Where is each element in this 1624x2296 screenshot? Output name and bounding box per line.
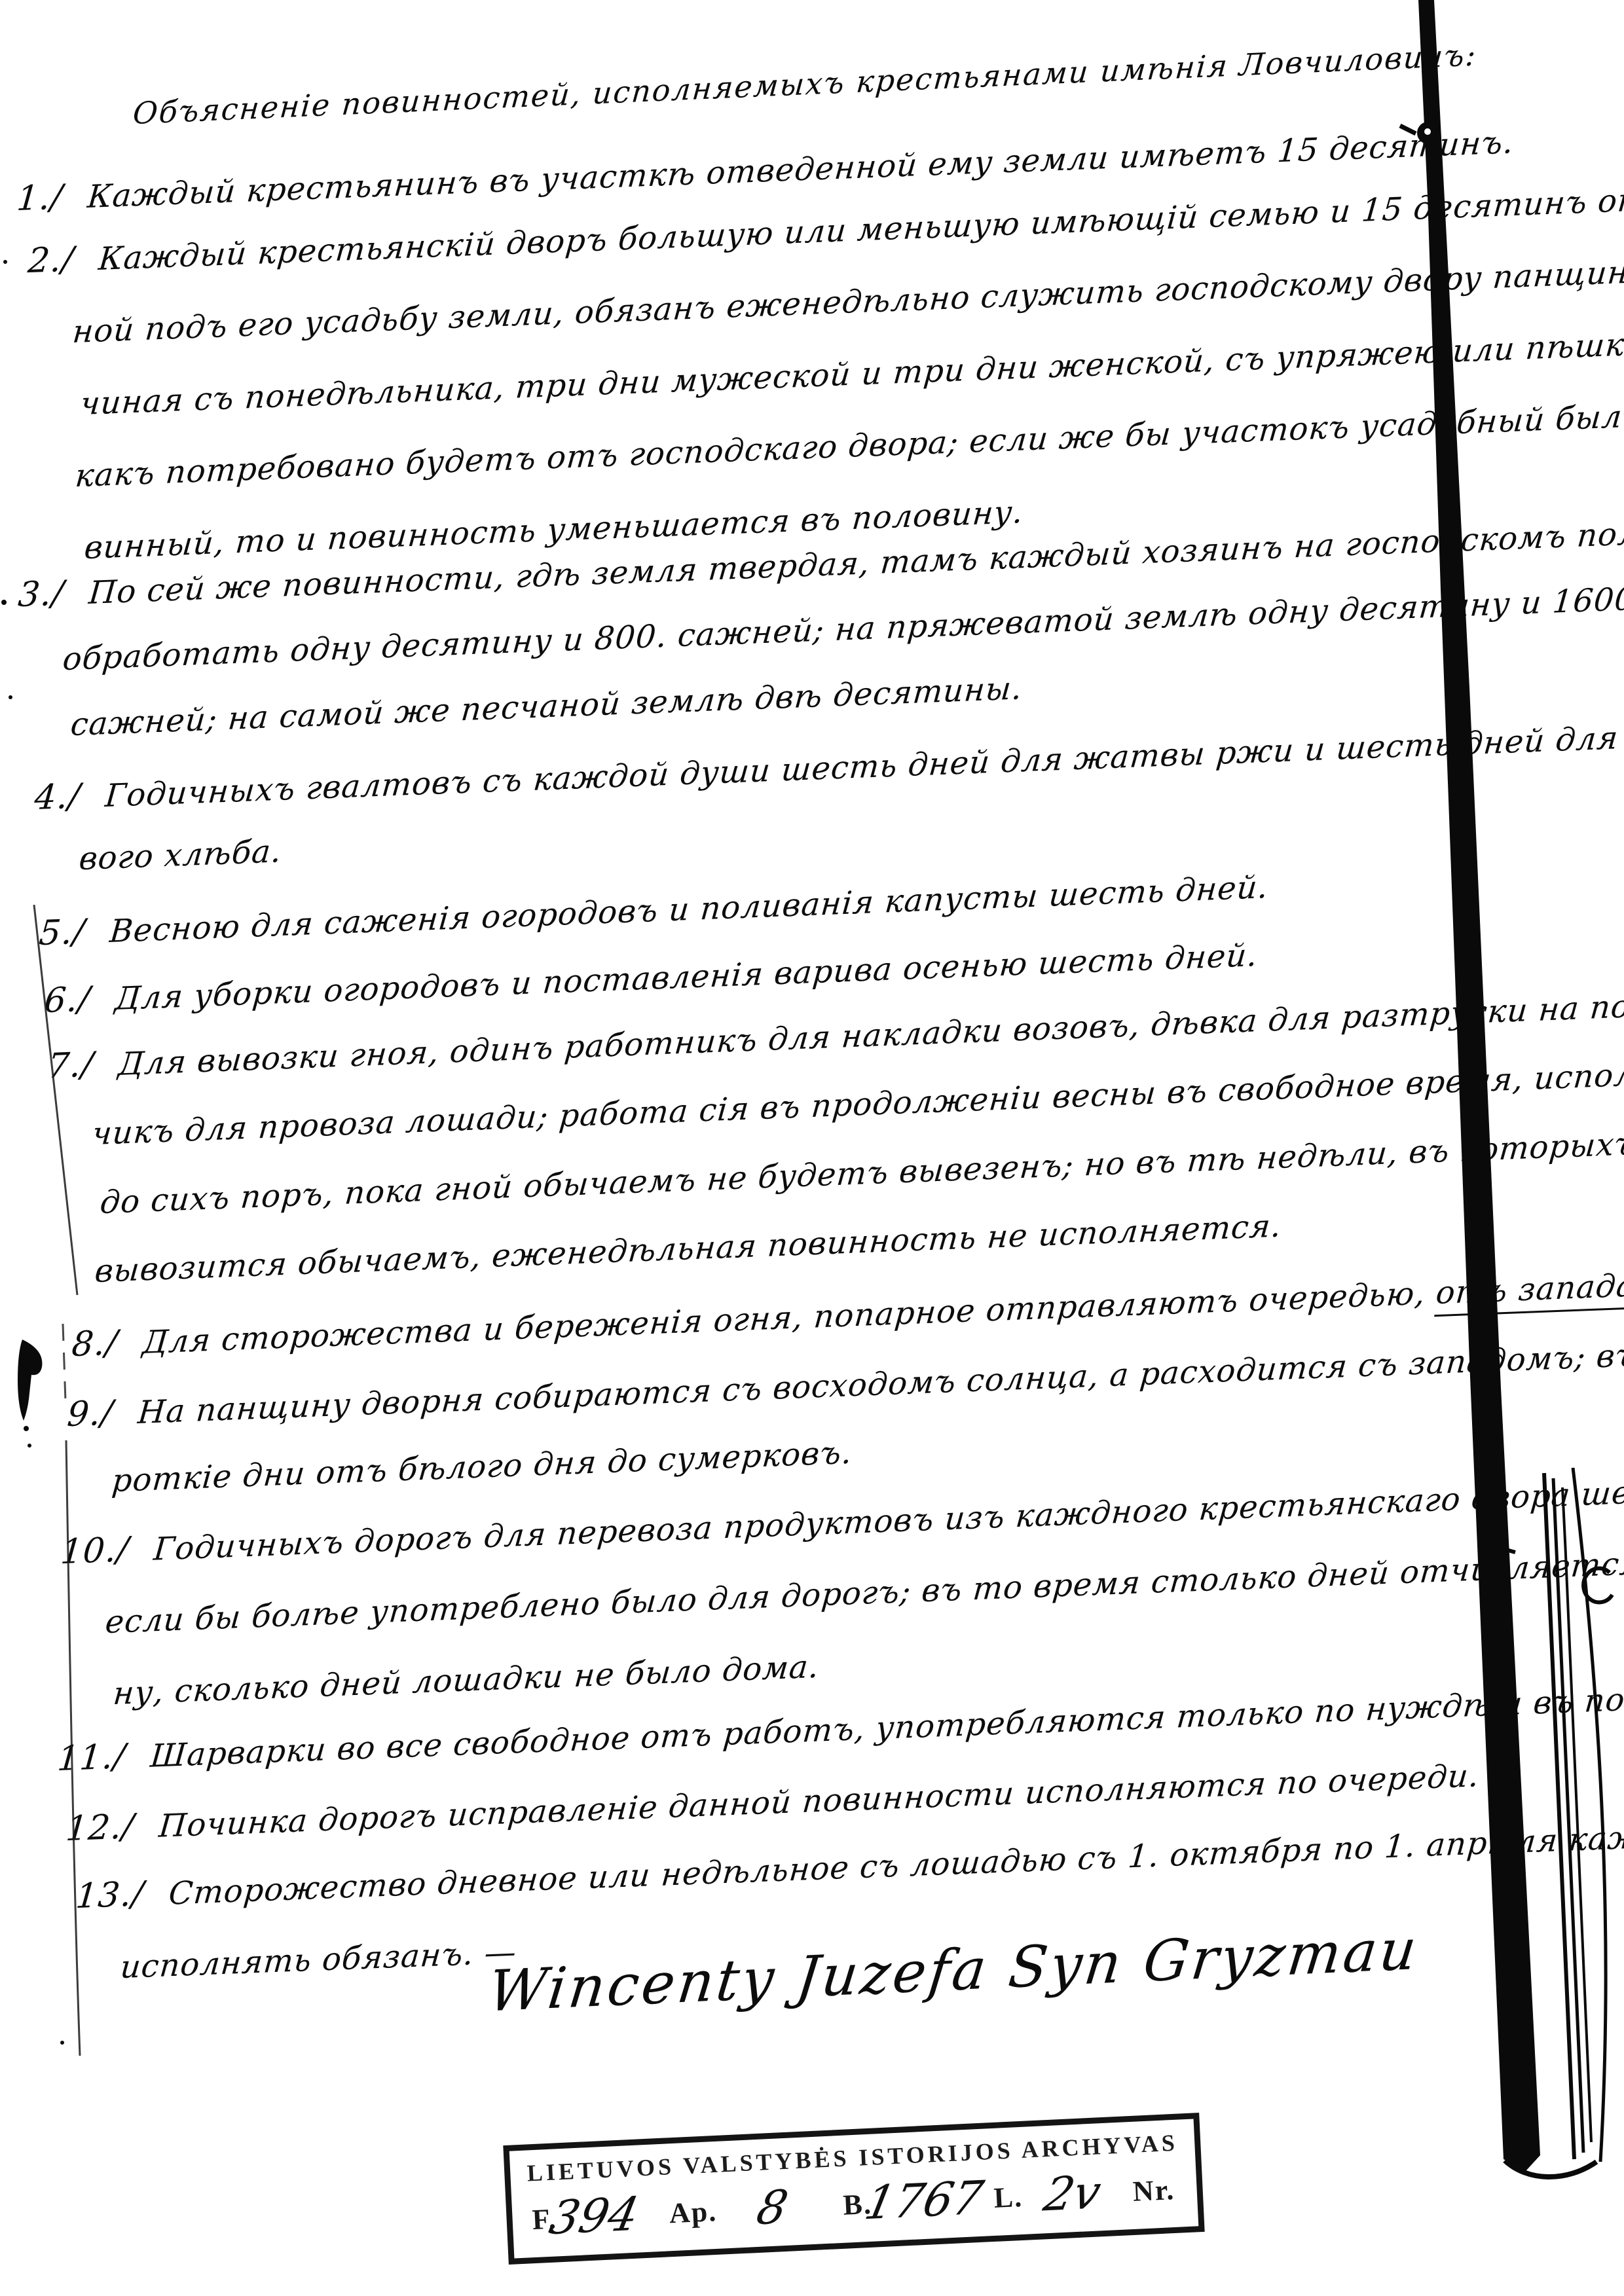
clause-number: 9./ [66,1396,115,1432]
clause-number: 5./ [38,915,86,951]
clause-text: Для уборки огородовъ и поставленія варив… [113,937,1259,1017]
clause-number: 12./ [65,1810,136,1846]
archive-stamp: LIETUVOS VALSTYBĖS ISTORIJOS ARCHYVAS F.… [503,2113,1204,2265]
stamp-field-label: Nr. [1132,2173,1176,2208]
clause-number: 4./ [33,779,82,815]
clause-text: вывозится обычаемъ, еженедѣльная повинно… [94,1207,1283,1290]
clause-number: 13./ [75,1877,146,1914]
manuscript-line: 5./Весною для саженія огородовъ и полива… [38,869,1270,951]
manuscript-line: ну, сколько дней лошадки не было дома. [112,1651,821,1710]
clause-text: вого хлѣба. [78,833,284,877]
clause-text: роткіе дни отъ бѣлого дня до сумерковъ. [111,1434,854,1500]
clause-text-underlined: отъ запада солнца по восхода. [1434,1254,1624,1317]
stamp-field-label: Ap. [669,2195,718,2230]
clause-text: Весною для саженія огородовъ и поливанія… [108,869,1270,950]
stamp-field-label: L. [993,2180,1024,2215]
clause-text: Для сторожества и береженія огня, попарн… [141,1275,1437,1361]
clause-text: сажней; на самой же песчаной землѣ двѣ д… [69,670,1024,743]
clause-number: 11./ [56,1740,128,1776]
ink-blot [18,1339,42,1421]
clause-number: 10./ [60,1533,131,1569]
stamp-field-value: 8 [752,2179,792,2235]
clause-number: 3./ [17,576,65,612]
manuscript-line: сажней; на самой же песчаной землѣ двѣ д… [69,672,1024,740]
manuscript-line: вывозится обычаемъ, еженедѣльная повинно… [94,1210,1283,1287]
manuscript-line: роткіе дни отъ бѣлого дня до сумерковъ. [111,1437,853,1497]
signature: Wincenty Juzefa Syn Gryzmau [485,1917,1422,2025]
clause-number: 2./ [27,242,75,278]
clause-text: Починка дорогъ исправленіе данной повинн… [157,1757,1481,1845]
clause-text: ну, сколько дней лошадки не было дома. [112,1649,821,1713]
clause-text: исполнять обязанъ. — [119,1934,519,1986]
stamp-field-value: 2v [1040,2165,1106,2222]
clause-number: 8./ [71,1326,119,1362]
stamp-field-value: 394 [545,2187,643,2245]
manuscript-line: вого хлѣба. [78,835,283,875]
stamp-field-value: 1767 [860,2170,987,2230]
document-title: Объясненіе повинностей, исполняемыхъ кре… [132,39,1478,128]
manuscript-page: Объясненіе повинностей, исполняемыхъ кре… [0,0,1624,2296]
clause-number: 7./ [46,1048,95,1084]
clause-number: 1./ [16,180,64,216]
manuscript-line: 6./Для уборки огородовъ и поставленія ва… [43,938,1259,1018]
clause-number: 6./ [43,982,92,1018]
manuscript-line: исполнять обязанъ. — [119,1937,518,1983]
